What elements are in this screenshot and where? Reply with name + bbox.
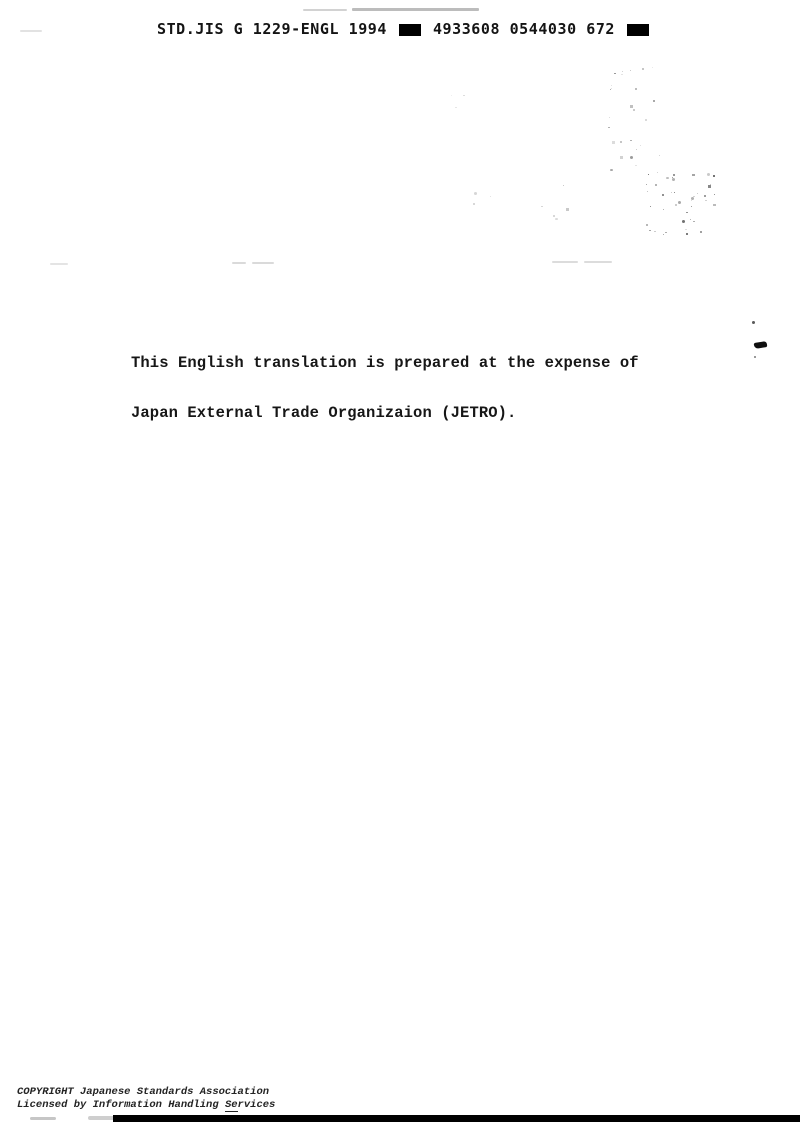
scan-speckle — [663, 209, 664, 210]
scan-artifact-line — [352, 8, 479, 11]
scan-speckle — [682, 220, 685, 223]
scan-speckle — [663, 234, 664, 235]
scan-speckle — [700, 231, 702, 233]
filled-bar-icon — [627, 24, 649, 36]
scan-speckle — [707, 173, 710, 176]
scan-speckle — [657, 172, 658, 173]
filled-bar-icon — [399, 24, 421, 36]
scan-speckle — [633, 109, 635, 111]
scan-speckle — [541, 206, 543, 207]
scan-speckle — [620, 141, 622, 143]
scan-speckle — [566, 208, 569, 211]
license-line: Licensed by Information Handling Service… — [17, 1099, 275, 1112]
scan-artifact-dash — [50, 263, 68, 265]
scan-speckle — [645, 119, 647, 121]
ink-speck — [752, 321, 755, 324]
scan-speckle — [708, 185, 711, 188]
scan-speckle — [622, 71, 623, 72]
bottom-redaction-bar — [113, 1115, 800, 1122]
scan-speckle — [678, 201, 681, 204]
scan-smudge — [30, 1117, 56, 1120]
scan-speckle — [620, 156, 623, 159]
ink-speck — [754, 356, 756, 358]
scan-speckle — [451, 95, 452, 96]
scan-artifact-line — [303, 9, 347, 11]
scan-artifact-dash — [584, 261, 612, 263]
scan-speckle — [691, 206, 692, 207]
scan-speckle — [648, 174, 649, 175]
scan-speckle — [646, 184, 647, 185]
license-text-underlined: Se — [225, 1099, 238, 1112]
scan-speckle — [692, 174, 695, 176]
scan-speckle — [553, 215, 555, 217]
scan-speckle — [563, 185, 564, 186]
scan-speckle — [693, 221, 695, 222]
scan-artifact-dash — [20, 30, 42, 32]
scan-speckle — [686, 212, 688, 213]
scan-speckle — [642, 68, 644, 70]
scan-speckle — [636, 149, 637, 150]
scan-speckle — [621, 74, 623, 75]
license-text-post: rvices — [238, 1099, 276, 1111]
scan-speckle — [490, 196, 491, 197]
scan-artifact-dash — [232, 262, 246, 264]
scan-speckle — [611, 88, 612, 89]
scan-speckle — [654, 231, 656, 232]
scan-speckle — [666, 177, 669, 179]
scan-speckle — [686, 233, 688, 235]
scan-speckle — [704, 195, 706, 197]
scan-speckle — [649, 230, 651, 231]
scan-speckle — [630, 140, 632, 141]
scan-speckle — [635, 165, 637, 166]
scan-speckle — [610, 169, 613, 171]
scan-speckle — [609, 117, 610, 118]
copyright-footer: COPYRIGHT Japanese Standards Association… — [17, 1086, 275, 1111]
scan-speckle — [635, 88, 637, 90]
scan-speckle — [630, 105, 633, 108]
scan-speckle — [672, 178, 675, 181]
ink-blob-mark — [754, 341, 768, 349]
scan-speckle — [555, 218, 558, 220]
document-header: STD.JIS G 1229-ENGL 1994 4933608 0544030… — [157, 20, 649, 38]
scan-speckle — [611, 85, 612, 86]
scan-speckle — [662, 194, 664, 196]
scan-speckle — [697, 193, 698, 194]
scan-speckle — [714, 194, 715, 195]
scan-speckle — [652, 67, 653, 68]
scan-speckle — [690, 219, 691, 220]
scan-speckle — [659, 155, 660, 156]
scan-artifact-dash — [252, 262, 274, 264]
notice-line-1: This English translation is prepared at … — [131, 355, 639, 372]
scan-speckle — [646, 224, 648, 226]
scan-speckle — [685, 229, 687, 230]
scan-speckle — [673, 174, 675, 176]
scan-speckle — [665, 232, 667, 233]
translation-notice: This English translation is prepared at … — [131, 322, 639, 454]
license-text-pre: Licensed by Information Handling — [17, 1099, 225, 1111]
scan-speckle — [671, 192, 672, 193]
scan-speckle — [463, 95, 465, 96]
scan-speckle — [713, 204, 716, 206]
scan-speckle — [455, 107, 457, 108]
scan-speckle — [650, 206, 651, 207]
scan-speckle — [608, 127, 610, 128]
scan-speckle — [674, 192, 675, 193]
scanned-document-page: STD.JIS G 1229-ENGL 1994 4933608 0544030… — [0, 0, 800, 1122]
standard-id-text: STD.JIS G 1229-ENGL 1994 — [157, 20, 387, 38]
scan-speckle — [655, 184, 657, 186]
scan-speckle — [630, 70, 631, 71]
notice-line-2: Japan External Trade Organizaion (JETRO)… — [131, 405, 639, 422]
scan-speckle — [610, 89, 611, 90]
scan-speckle — [713, 175, 715, 177]
scan-speckle — [675, 204, 677, 206]
scan-speckle — [705, 200, 707, 201]
scan-speckle — [612, 141, 615, 144]
scan-speckle — [474, 192, 477, 195]
copyright-line: COPYRIGHT Japanese Standards Association — [17, 1086, 275, 1099]
document-number-text: 4933608 0544030 672 — [433, 20, 615, 38]
scan-speckle — [647, 191, 648, 192]
scan-artifact-dash — [552, 261, 578, 263]
scan-speckle — [653, 100, 655, 102]
scan-speckle — [640, 145, 641, 146]
scan-speckle — [614, 73, 616, 74]
scan-speckle — [473, 203, 475, 205]
scan-speckle — [630, 156, 633, 159]
